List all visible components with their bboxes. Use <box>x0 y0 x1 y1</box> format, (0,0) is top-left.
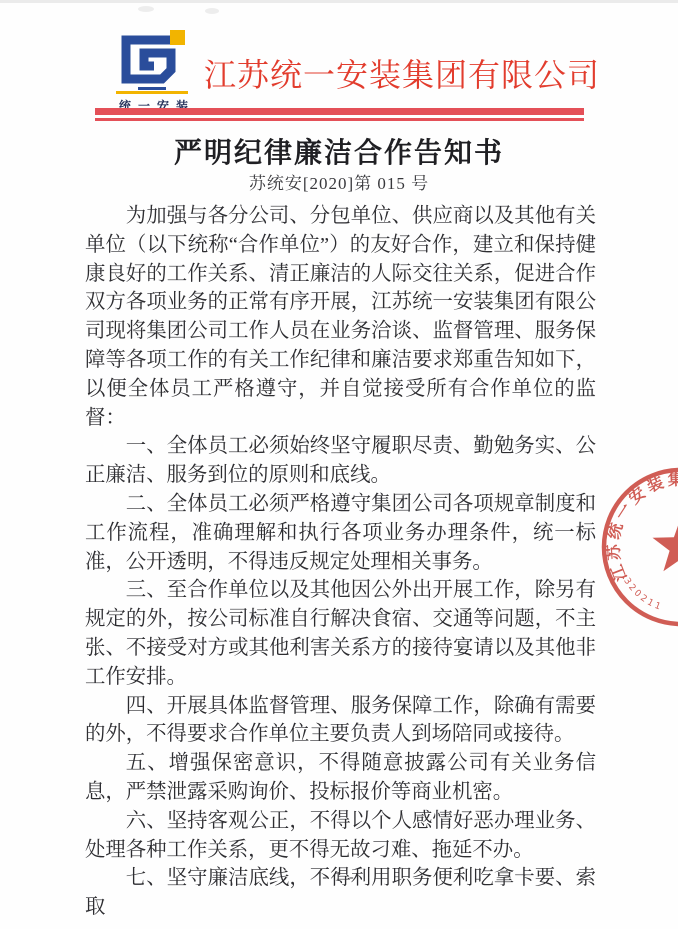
seal-code: 320211 <box>621 576 664 613</box>
document-body: 为加强与各分公司、分包单位、供应商以及其他有关单位（以下统称“合作单位”）的友好… <box>85 202 596 922</box>
clause-4: 四、开展具体监督管理、服务保障工作，除确有需要的外，不得要求合作单位主要负责人到… <box>85 692 596 750</box>
svg-text:江苏统一安装集: 江苏统一安装集 <box>604 469 678 584</box>
letterhead-divider <box>95 108 584 121</box>
clause-3: 三、至合作单位以及其他因公外出开展工作，除另有规定的外，按公司标准自行解决食宿、… <box>85 576 596 691</box>
company-logo-icon <box>113 30 191 88</box>
document-page: 统一安装 江苏统一安装集团有限公司 严明纪律廉洁合作告知书 苏统安[2020]第… <box>0 0 678 929</box>
clause-2: 二、全体员工必须严格遵守集团公司各项规章制度和工作流程，准确理解和执行各项业务办… <box>85 490 596 576</box>
svg-text:320211: 320211 <box>621 576 664 613</box>
logo-underline <box>116 91 188 94</box>
scan-edge-artifact <box>0 0 678 3</box>
company-logo: 统一安装 <box>112 30 192 114</box>
seal-ring <box>604 470 678 624</box>
clause-5: 五、增强保密意识，不得随意披露公司有关业务信息，严禁泄露采购询价、投标报价等商业… <box>85 749 596 807</box>
seal-company-text: 江苏统一安装集 <box>604 469 678 584</box>
letterhead: 统一安装 江苏统一安装集团有限公司 <box>112 30 583 114</box>
seal-star <box>653 517 678 571</box>
company-name: 江苏统一安装集团有限公司 <box>204 50 600 96</box>
clause-6: 六、坚持客观公正，不得以个人感情好恶办理业务、处理各种工作关系，更不得无故刁难、… <box>85 807 596 865</box>
document-title: 严明纪律廉洁合作告知书 <box>0 131 678 171</box>
document-number: 苏统安[2020]第 015 号 <box>0 169 678 194</box>
paragraph-intro: 为加强与各分公司、分包单位、供应商以及其他有关单位（以下统称“合作单位”）的友好… <box>85 202 596 432</box>
scan-smudge <box>138 6 154 12</box>
clause-1: 一、全体员工必须始终坚守履职尽责、勤勉务实、公正廉洁、服务到位的原则和底线。 <box>85 432 596 490</box>
page-number: - 1 - <box>0 870 678 886</box>
scan-smudge <box>205 8 219 14</box>
